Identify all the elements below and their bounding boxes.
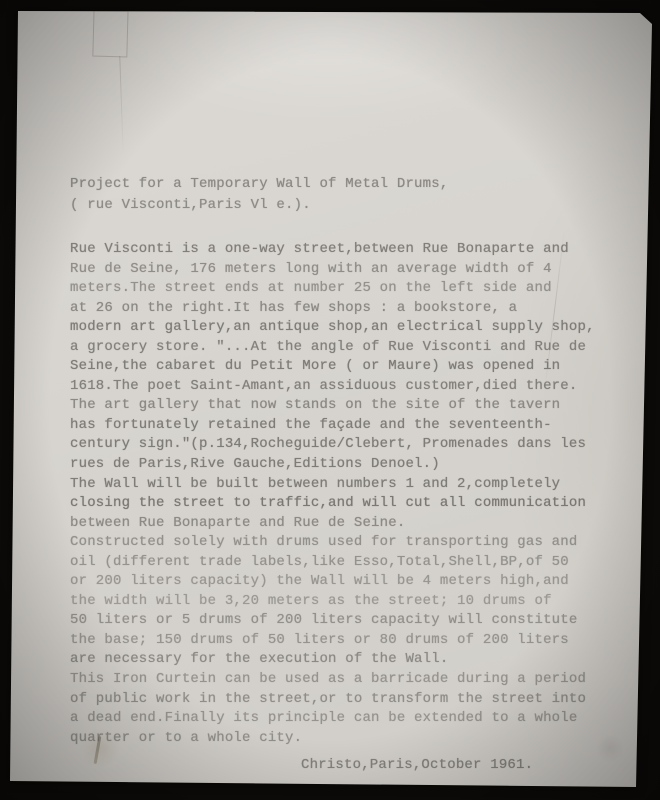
text-line: or 200 liters capacity) the Wall will be… [70, 572, 595, 592]
text-line: meters.The street ends at number 25 on t… [70, 279, 595, 299]
text-line: at 26 on the right.It has few shops : a … [70, 299, 595, 319]
text-line: are necessary for the execution of the W… [70, 650, 595, 670]
text-line: quarter or to a whole city. [70, 729, 595, 749]
text-line: The art gallery that now stands on the s… [70, 396, 595, 416]
paper-surface: Project for a Temporary Wall of Metal Dr… [0, 0, 660, 800]
text-line: the width will be 3,20 meters as the str… [70, 592, 595, 612]
text-line: rues de Paris,Rive Gauche,Editions Denoe… [70, 455, 595, 475]
text-line: century sign."(p.134,Rocheguide/Clebert,… [70, 435, 595, 455]
text-line: 50 liters or 5 drums of 200 liters capac… [70, 611, 595, 631]
text-line: Project for a Temporary Wall of Metal Dr… [70, 174, 448, 195]
text-line: The Wall will be built between numbers 1… [70, 475, 595, 495]
text-line: oil (different trade labels,like Esso,To… [70, 553, 595, 573]
text-line: the base; 150 drums of 50 liters or 80 d… [70, 631, 595, 651]
text-line: of public work in the street,or to trans… [70, 690, 595, 710]
text-line: has fortunately retained the façade and … [70, 416, 595, 436]
text-line: a dead end.Finally its principle can be … [70, 709, 595, 729]
text-line: closing the street to traffic,and will c… [70, 494, 595, 514]
text-line: This Iron Curtein can be used as a barri… [70, 670, 595, 690]
text-line: between Rue Bonaparte and Rue de Seine. [70, 514, 595, 534]
text-line: modern art gallery,an antique shop,an el… [70, 318, 595, 338]
text-line: ( rue Visconti,Paris Vl e.). [70, 195, 448, 216]
typewritten-text: Project for a Temporary Wall of Metal Dr… [70, 0, 610, 64]
photograph-of-typescript: Project for a Temporary Wall of Metal Dr… [0, 0, 660, 800]
document-body: Rue Visconti is a one-way street,between… [70, 240, 595, 748]
text-line: Constructed solely with drums used for t… [70, 533, 595, 553]
text-line: a grocery store. "...At the angle of Rue… [70, 338, 595, 358]
pencil-smudge [119, 56, 123, 156]
text-line: 1618.The poet Saint-Amant,an assiduous c… [70, 377, 595, 397]
text-line: Rue Visconti is a one-way street,between… [70, 240, 595, 260]
paper-sheet: Project for a Temporary Wall of Metal Dr… [0, 0, 660, 800]
signature-line: Christo,Paris,October 1961. [301, 757, 533, 773]
text-line: Seine,the cabaret du Petit More ( or Mau… [70, 357, 595, 377]
text-line: Rue de Seine, 176 meters long with an av… [70, 260, 595, 280]
document-title: Project for a Temporary Wall of Metal Dr… [70, 174, 448, 215]
